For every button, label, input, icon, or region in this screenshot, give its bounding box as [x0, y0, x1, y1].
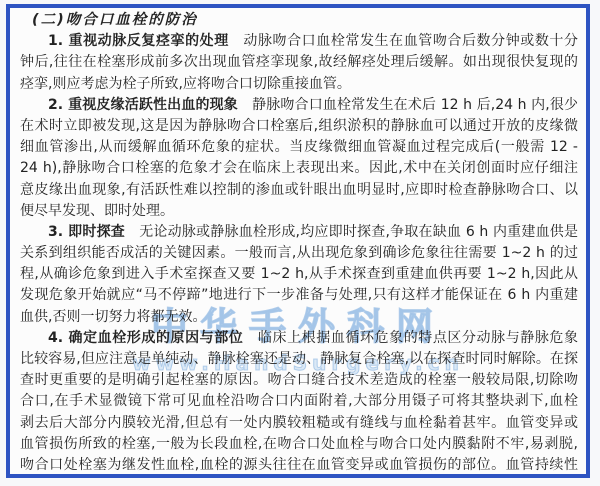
- line-text: 钟后,往往在栓塞形成前多次出现血管痉挛现象,故经解痉处理后缓解。如出现很快复现的: [20, 54, 578, 70]
- line-text: 临床上根据血循环危象的特点区分动脉与静脉危象: [243, 330, 578, 346]
- text-line: 发现危象开始就应“马不停蹄”地进行下一步准备与处理,只有这样才能保证在 6 h …: [20, 285, 578, 306]
- text-line: 痉挛,则应考虑为栓子所致,应将吻合口切除重接血管。: [20, 74, 578, 95]
- line-text: 细血管渗出,从而缓解血循环危象的症状。当皮缘微细血管凝血过程完成后(一般需 12…: [20, 139, 578, 155]
- line-text: 痉挛,则应考虑为栓子所致,应将吻合口切除重接血管。: [20, 76, 351, 92]
- text-line: 合口,在手术显微镜下常可见血栓沿吻合口内面附着,大部分用镊子可将其整块剥下,血栓: [20, 391, 578, 412]
- text-line: 钟后,往往在栓塞形成前多次出现血管痉挛现象,故经解痉处理后缓解。如出现很快复现的: [20, 52, 578, 73]
- text-line: 剥去后大部分内膜较光滑,但总有一处内膜较粗糙或有缝线与血栓黏着甚牢。血管变异或: [20, 413, 578, 434]
- line-text: 血管损伤所致的栓塞,一般为长段血栓,在吻合口处血栓与吻合口处内膜黏附不牢,易剥脱…: [20, 436, 578, 452]
- section-heading: (二)吻合口血栓的防治: [20, 10, 578, 31]
- line-text: 意皮缘出血现象,有活跃性难以控制的渗血或针眼出血明显时,应即时检查静脉吻合口、以: [20, 182, 578, 198]
- paragraph-lead: 2. 重视皮缘活跃性出血的现象: [48, 97, 238, 113]
- text-line: 程,从确诊危象到进入手术室探查又要 1~2 h,从手术探查到重建血供再要 1~2…: [20, 264, 578, 285]
- document-body: (二)吻合口血栓的防治 1. 重视动脉反复痉挛的处理 动脉吻合口血栓常发生在血管…: [20, 10, 578, 476]
- line-text: 剥去后大部分内膜较光滑,但总有一处内膜较粗糙或有缝线与血栓黏着甚牢。血管变异或: [20, 415, 578, 431]
- line-text: 关系到组织能否成活的关键因素。一般而言,从出现危象到确诊危象往往需要 1~2 h…: [20, 245, 578, 261]
- line-text: 比较容易,但应注意是单纯动、静脉栓塞还是动、静脉复合栓塞,以在探查时同时解除。在…: [20, 351, 578, 367]
- paragraph-lead: 4. 确定血栓形成的原因与部位: [48, 330, 243, 346]
- line-text: 程,从确诊危象到进入手术室探查又要 1~2 h,从手术探查到重建血供再要 1~2…: [20, 266, 578, 282]
- text-line: 4. 确定血栓形成的原因与部位 临床上根据血循环危象的特点区分动脉与静脉危象: [20, 328, 578, 349]
- text-line: 在术时立即被发现,这是因为静脉吻合口栓塞后,组织淤积的静脉血可以通过开放的皮缘微: [20, 116, 578, 137]
- line-text: 动脉吻合口血栓常发生在血管吻合后数分钟或数十分: [229, 33, 578, 49]
- text-line: 细血管渗出,从而缓解血循环危象的症状。当皮缘微细血管凝血过程完成后(一般需 12…: [20, 137, 578, 158]
- line-text: 便尽早发现、即时处理。: [20, 203, 174, 219]
- line-text: 24 h),静脉吻合口栓塞的危象才会在临床上表现出来。因此,术中在关闭创面时应仔…: [20, 160, 578, 176]
- text-line: 3. 即时探查 无论动脉或静脉血栓形成,均应即时探查,争取在缺血 6 h 内重建…: [20, 222, 578, 243]
- line-text: 发现危象开始就应“马不停蹄”地进行下一步准备与处理,只有这样才能保证在 6 h …: [20, 287, 578, 303]
- scanned-page: 中华手外科网 www.HandSurgery.cn (二)吻合口血栓的防治 1.…: [6, 4, 590, 478]
- paragraph-lead: 3. 即时探查: [48, 224, 125, 240]
- line-text: 静脉吻合口血栓常发生在术后 12 h 后,24 h 内,很少: [238, 97, 578, 113]
- line-text: 合口,在手术显微镜下常可见血栓沿吻合口内面附着,大部分用镊子可将其整块剥下,血栓: [20, 393, 578, 409]
- paragraph-lead: 1. 重视动脉反复痉挛的处理: [48, 33, 229, 49]
- text-line: 24 h),静脉吻合口栓塞的危象才会在临床上表现出来。因此,术中在关闭创面时应仔…: [20, 158, 578, 179]
- text-line: 查时更重要的是明确引起栓塞的原因。吻合口缝合技术差造成的栓塞一般较局限,切除吻: [20, 370, 578, 391]
- line-text: 血供,否则一切努力将都无效。: [20, 309, 206, 325]
- text-line: 血供,否则一切努力将都无效。: [20, 307, 578, 328]
- text-line: 1. 重视动脉反复痉挛的处理 动脉吻合口血栓常发生在血管吻合后数分钟或数十分: [20, 31, 578, 52]
- text-line: 比较容易,但应注意是单纯动、静脉栓塞还是动、静脉复合栓塞,以在探查时同时解除。在…: [20, 349, 578, 370]
- line-text: 查时更重要的是明确引起栓塞的原因。吻合口缝合技术差造成的栓塞一般较局限,切除吻: [20, 372, 578, 388]
- text-line: 吻合口处栓塞为继发性血栓,血栓的源头往往在血管变异或血管损伤的部位。血管持续性: [20, 455, 578, 476]
- text-line: 血管损伤所致的栓塞,一般为长段血栓,在吻合口处血栓与吻合口处内膜黏附不牢,易剥脱…: [20, 434, 578, 455]
- text-line: 2. 重视皮缘活跃性出血的现象 静脉吻合口血栓常发生在术后 12 h 后,24 …: [20, 95, 578, 116]
- text-line: 关系到组织能否成活的关键因素。一般而言,从出现危象到确诊危象往往需要 1~2 h…: [20, 243, 578, 264]
- line-text: 无论动脉或静脉血栓形成,均应即时探查,争取在缺血 6 h 内重建血供是: [125, 224, 578, 240]
- line-text: 吻合口处栓塞为继发性血栓,血栓的源头往往在血管变异或血管损伤的部位。血管持续性: [20, 457, 578, 473]
- text-line: 意皮缘出血现象,有活跃性难以控制的渗血或针眼出血明显时,应即时检查静脉吻合口、以: [20, 180, 578, 201]
- line-text: 在术时立即被发现,这是因为静脉吻合口栓塞后,组织淤积的静脉血可以通过开放的皮缘微: [20, 118, 578, 134]
- text-line: 便尽早发现、即时处理。: [20, 201, 578, 222]
